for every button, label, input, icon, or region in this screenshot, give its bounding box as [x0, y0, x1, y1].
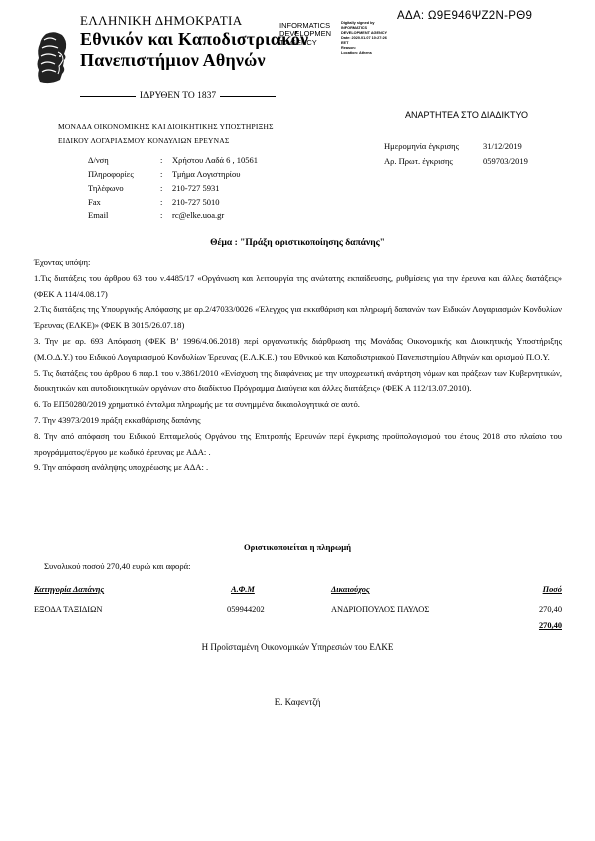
email-link[interactable]: rc@elke.uoa.gr — [172, 210, 224, 220]
contact-value: Τμήμα Λογιστηρίου — [172, 169, 240, 179]
subject-heading: Θέμα : "Πράξη οριστικοποίησης δαπάνης" — [0, 238, 595, 248]
col-header-afm: Α.Φ.Μ — [231, 585, 255, 594]
col-header-category: Κατηγορία Δαπάνης — [34, 585, 104, 594]
founded-text: ΙΔΡΥΘΕΝ ΤΟ 1837 — [140, 91, 216, 101]
contact-fax: Fax:210-727 5010 — [88, 197, 219, 207]
founded-label: ΙΔΡΥΘΕΝ ΤΟ 1837 — [80, 91, 276, 101]
consideration-item: 6. Το ΕΠ50280/2019 χρηματικό ένταλμα πλη… — [34, 397, 562, 413]
col-header-amount: Ποσό — [543, 585, 562, 594]
ada-code: ΑΔΑ: Ω9Ε946ΨΖ2Ν-ΡΘ9 — [397, 10, 532, 22]
protocol-number: Αρ. Πρωτ. έγκρισης059703/2019 — [384, 156, 528, 166]
contact-label: Email — [88, 210, 160, 220]
divider — [80, 96, 136, 97]
consideration-item: 5. Τις διατάξεις του άρθρου 6 παρ.1 του … — [34, 366, 562, 398]
contact-label: Τηλέφωνο — [88, 183, 160, 193]
divider — [220, 96, 276, 97]
university-name-line2: Πανεπιστήμιον Αθηνών — [80, 50, 266, 71]
consideration-item: 1.Τις διατάξεις του άρθρου 63 του ν.4485… — [34, 271, 562, 303]
contact-label: Πληροφορίες — [88, 169, 160, 179]
contact-value: 210-727 5931 — [172, 183, 219, 193]
signature-detail-line: Location: Athens — [341, 51, 387, 56]
consideration-item: 2.Τις διατάξεις της Υπουργικής Απόφασης … — [34, 302, 562, 334]
athena-head-icon — [36, 30, 70, 86]
post-online-label: ΑΝΑΡΤΗΤΕΑ ΣΤΟ ΔΙΑΔΙΚΤΥΟ — [405, 110, 528, 120]
contact-info: Πληροφορίες:Τμήμα Λογιστηρίου — [88, 169, 240, 179]
unit-line2: ΕΙΔΙΚΟΥ ΛΟΓΑΡΙΑΣΜΟΥ ΚΟΝΔΥΛΙΩΝ ΕΡΕΥΝΑΣ — [58, 136, 229, 145]
signer-title: Η Προϊσταμένη Οικονομικών Υπηρεσιών του … — [0, 642, 595, 652]
consideration-item: 9. Την απόφαση ανάληψης υποχρέωσης με ΑΔ… — [34, 460, 562, 476]
intro-text: Έχοντας υπόψη: — [34, 255, 562, 271]
consideration-item: 8. Την από απόφαση του Ειδικού Επταμελού… — [34, 429, 562, 461]
document-body: Έχοντας υπόψη: 1.Τις διατάξεις του άρθρο… — [34, 255, 562, 476]
contact-label: Fax — [88, 197, 160, 207]
contact-address: Δ/νση:Χρήστου Λαδά 6 , 10561 — [88, 155, 258, 165]
republic-label: ΕΛΛΗΝΙΚΗ ΔΗΜΟΚΡΑΤΙΑ — [80, 13, 243, 29]
cell-category: ΕΞΟΔΑ ΤΑΞΙΔΙΩΝ — [34, 605, 102, 614]
cell-beneficiary: ΑΝΔΡΙΟΠΟΥΛΟΣ ΠΑΥΛΟΣ — [331, 605, 429, 614]
signature-agency: INFORMATICS DEVELOPMEN T AGENCY — [279, 22, 331, 47]
cell-afm: 059944202 — [227, 605, 265, 614]
university-name-line1: Εθνικόν και Καποδιστριακόν — [80, 29, 308, 50]
contact-value: Χρήστου Λαδά 6 , 10561 — [172, 155, 258, 165]
unit-line1: ΜΟΝΑΔΑ ΟΙΚΟΝΟΜΙΚΗΣ ΚΑΙ ΔΙΟΙΚΗΤΙΚΗΣ ΥΠΟΣΤ… — [58, 122, 274, 131]
contact-value: 210-727 5010 — [172, 197, 219, 207]
payment-heading: Οριστικοποιείται η πληρωμή — [0, 542, 595, 552]
contact-label: Δ/νση — [88, 155, 160, 165]
approval-date: Ημερομηνία έγκρισης31/12/2019 — [384, 141, 522, 151]
consideration-item: 7. Την 43973/2019 πράξη εκκαθάρισης δαπά… — [34, 413, 562, 429]
consideration-item: 3. Την με αρ. 693 Απόφαση (ΦΕΚ Β’ 1996/4… — [34, 334, 562, 366]
cell-amount: 270,40 — [539, 605, 562, 614]
signer-name: Ε. Καφεντζή — [0, 697, 595, 707]
signature-details: Digitally signed by INFORMATICS DEVELOPM… — [341, 21, 387, 56]
contact-phone: Τηλέφωνο:210-727 5931 — [88, 183, 219, 193]
meta-value: 059703/2019 — [483, 156, 528, 166]
col-header-beneficiary: Δικαιούχος — [331, 585, 370, 594]
grand-total: 270,40 — [539, 621, 562, 630]
meta-label: Αρ. Πρωτ. έγκρισης — [384, 156, 483, 166]
agency-line: T AGENCY — [279, 39, 331, 47]
payment-total-text: Συνολικού ποσού 270,40 ευρώ και αφορά: — [44, 561, 191, 571]
meta-value: 31/12/2019 — [483, 141, 522, 151]
meta-label: Ημερομηνία έγκρισης — [384, 141, 483, 151]
contact-email: Email:rc@elke.uoa.gr — [88, 210, 224, 220]
